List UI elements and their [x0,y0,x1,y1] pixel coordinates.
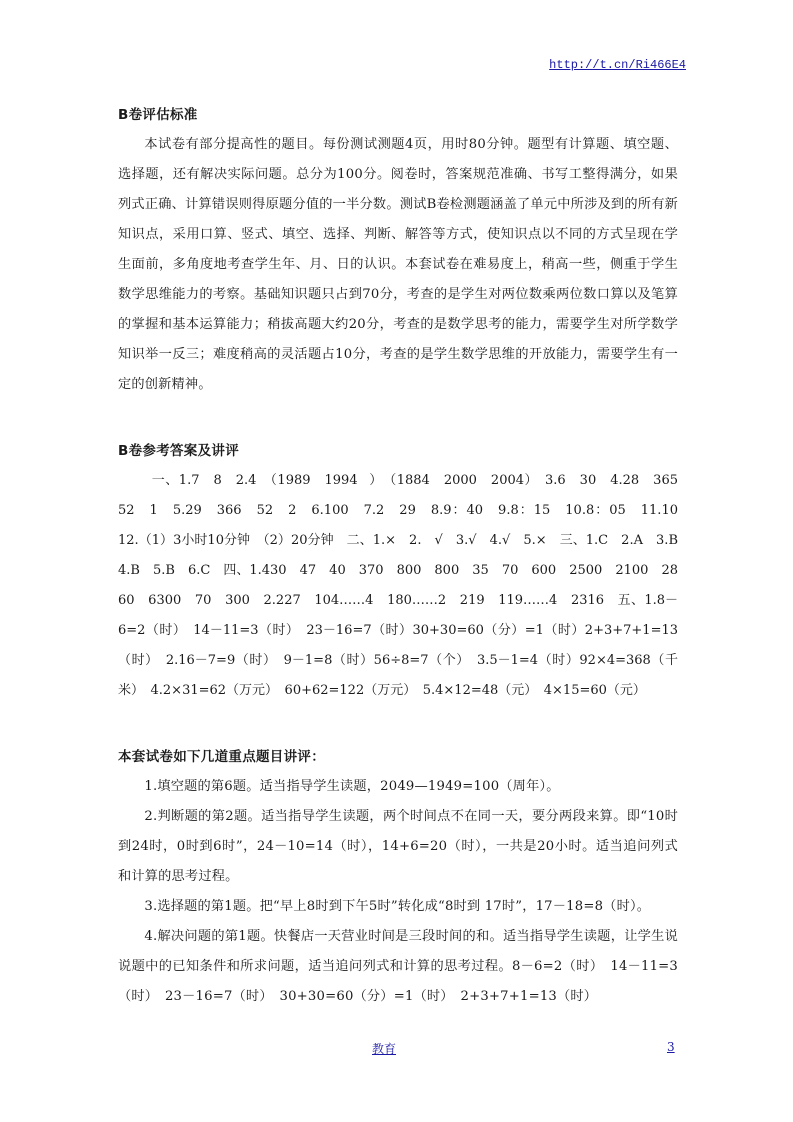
section-title-key-questions: 本套试卷如下几道重点题目讲评： [118,742,678,772]
spacer [118,706,678,742]
key-question-item: 2.判断题的第2题。适当指导学生读题，两个时间点不在同一天，要分两段来算。即“1… [118,802,678,892]
footer-link[interactable]: 教育 [372,1040,396,1057]
section-title-answers: B卷参考答案及讲评 [118,436,678,466]
document-page: B卷评估标准 本试卷有部分提高性的题目。每份测试测题4页，用时80分钟。题型有计… [118,100,678,1012]
key-question-item: 4.解决问题的第1题。快餐店一天营业时间是三段时间的和。适当指导学生读题，让学生… [118,922,678,1012]
section-title-evaluation: B卷评估标准 [118,100,678,130]
spacer [118,400,678,436]
answers-paragraph: 一、1.7 8 2.4 （1989 1994 ） （1884 2000 2004… [118,466,678,706]
header-url-link[interactable]: http://t.cn/Ri466E4 [549,58,686,72]
key-question-item: 3.选择题的第1题。把“早上8时到下午5时”转化成“8时到 17时”，17－18… [118,892,678,922]
evaluation-paragraph: 本试卷有部分提高性的题目。每份测试测题4页，用时80分钟。题型有计算题、填空题、… [118,130,678,400]
key-question-item: 1.填空题的第6题。适当指导学生读题，2049—1949=100（周年）。 [118,772,678,802]
page-number[interactable]: 3 [667,1040,675,1054]
